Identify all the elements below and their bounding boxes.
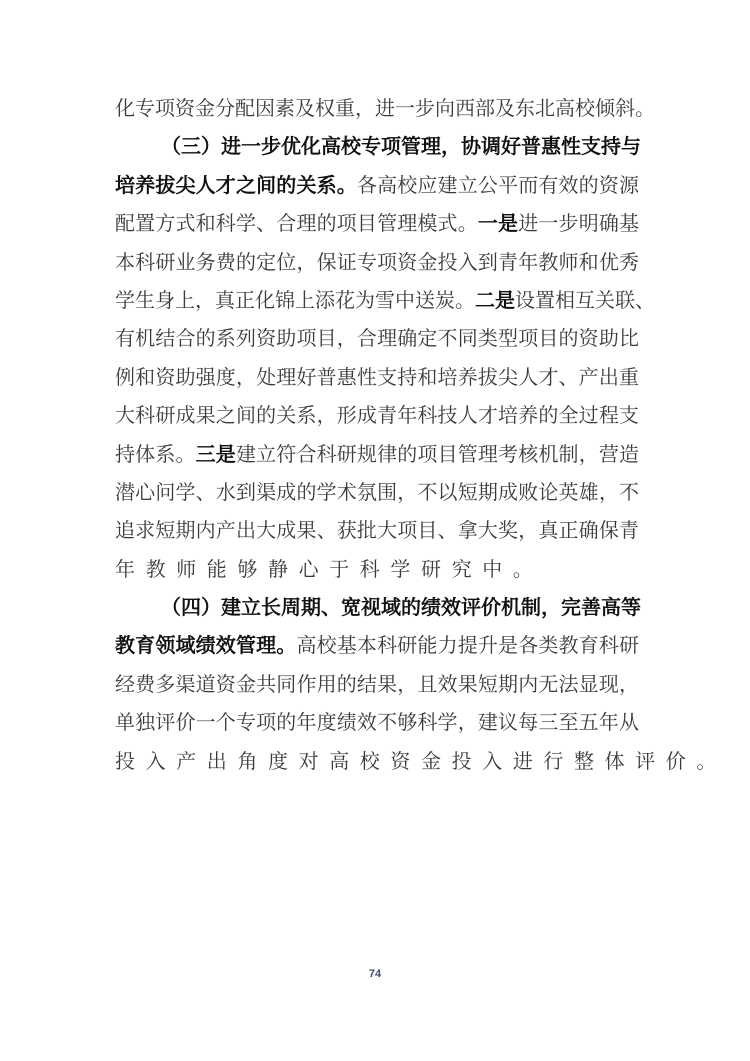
paragraph-line: 大科研成果之间的关系，形成青年科技人才培养的全过程支 [115, 396, 639, 434]
body-text: 本科研业务费的定位，保证专项资金投入到青年教师和优秀 [115, 250, 639, 274]
body-text: 例和资助强度，处理好普惠性支持和培养拔尖人才、产出重 [115, 365, 639, 389]
body-text: 高校基本科研能力提升是各类教育科研 [296, 633, 639, 657]
body-text: 设置相互关联、 [515, 288, 655, 312]
paragraph-line: 潜心问学、水到渠成的学术氛围，不以短期成败论英雄，不 [115, 473, 639, 511]
body-text: 化专项资金分配因素及权重，进一步向西部及东北高校倾斜。 [115, 96, 655, 120]
body-text: 年教师能够静心于科学研究中。 [115, 557, 543, 581]
body-text: 建立符合科研规律的项目管理考核机制，营造 [236, 442, 639, 466]
paragraph-line: 例和资助强度，处理好普惠性支持和培养拔尖人才、产出重 [115, 358, 639, 396]
heading-text: 培养拔尖人才之间的关系。 [115, 173, 357, 197]
emphasis-text: 一是 [478, 211, 518, 235]
paragraph-line: 持体系。三是建立符合科研规律的项目管理考核机制，营造 [115, 435, 639, 473]
heading-text: （四）建立长周期、宽视域的绩效评价机制，完善高等 [161, 595, 641, 619]
section-heading-4: （四）建立长周期、宽视域的绩效评价机制，完善高等 [115, 588, 639, 626]
paragraph-line: 配置方式和科学、合理的项目管理模式。一是进一步明确基 [115, 204, 639, 242]
body-text: 经费多渠道资金共同作用的结果，且效果短期内无法显现， [115, 672, 639, 696]
body-text: 潜心问学、水到渠成的学术氛围，不以短期成败论英雄，不 [115, 480, 639, 504]
paragraph-line: 追求短期内产出大成果、获批大项目、拿大奖，真正确保青 [115, 511, 639, 549]
body-text: 进一步明确基 [518, 211, 639, 235]
document-page: 化专项资金分配因素及权重，进一步向西部及东北高校倾斜。 （三）进一步优化高校专项… [0, 0, 750, 1061]
emphasis-text: 二是 [475, 288, 515, 312]
paragraph-line: 化专项资金分配因素及权重，进一步向西部及东北高校倾斜。 [115, 89, 645, 127]
page-number: 74 [0, 968, 750, 980]
paragraph-line: 本科研业务费的定位，保证专项资金投入到青年教师和优秀 [115, 243, 639, 281]
body-text: 持体系。 [115, 442, 196, 466]
paragraph-line: 培养拔尖人才之间的关系。各高校应建立公平而有效的资源 [115, 166, 639, 204]
document-body: 化专项资金分配因素及权重，进一步向西部及东北高校倾斜。 （三）进一步优化高校专项… [115, 89, 639, 780]
paragraph-line: 年教师能够静心于科学研究中。 [115, 550, 639, 588]
body-text: 各高校应建立公平而有效的资源 [357, 173, 639, 197]
body-text: 投入产出角度对高校资金投入进行整体评价。 [115, 749, 727, 773]
body-text: 配置方式和科学、合理的项目管理模式。 [115, 211, 478, 235]
paragraph-line: 有机结合的系列资助项目，合理确定不同类型项目的资助比 [115, 319, 639, 357]
body-text: 学生身上，真正化锦上添花为雪中送炭。 [115, 288, 475, 312]
paragraph-line: 投入产出角度对高校资金投入进行整体评价。 [115, 742, 639, 780]
body-text: 大科研成果之间的关系，形成青年科技人才培养的全过程支 [115, 403, 639, 427]
body-text: 追求短期内产出大成果、获批大项目、拿大奖，真正确保青 [115, 518, 639, 542]
emphasis-text: 三是 [196, 442, 236, 466]
paragraph-line: 学生身上，真正化锦上添花为雪中送炭。二是设置相互关联、 [115, 281, 639, 319]
body-text: 有机结合的系列资助项目，合理确定不同类型项目的资助比 [115, 326, 639, 350]
paragraph-line: 单独评价一个专项的年度绩效不够科学，建议每三至五年从 [115, 703, 639, 741]
section-heading-3: （三）进一步优化高校专项管理，协调好普惠性支持与 [115, 127, 639, 165]
heading-text: （三）进一步优化高校专项管理，协调好普惠性支持与 [161, 134, 641, 158]
paragraph-line: 教育领域绩效管理。高校基本科研能力提升是各类教育科研 [115, 626, 639, 664]
paragraph-line: 经费多渠道资金共同作用的结果，且效果短期内无法显现， [115, 665, 639, 703]
body-text: 单独评价一个专项的年度绩效不够科学，建议每三至五年从 [115, 710, 639, 734]
heading-text: 教育领域绩效管理。 [115, 633, 296, 657]
